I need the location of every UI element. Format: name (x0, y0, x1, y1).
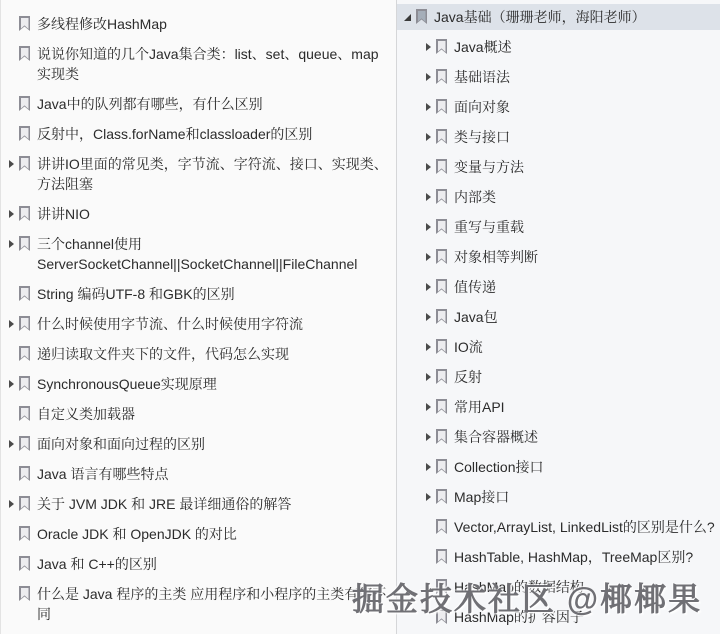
tree-item-label: IO流 (454, 337, 483, 357)
chevron-right-icon[interactable] (5, 154, 19, 174)
chevron-right-icon[interactable] (5, 314, 19, 334)
bookmark-icon (19, 466, 30, 481)
arrow-placeholder (5, 124, 19, 144)
outline-item-label: 递归读取文件夹下的文件，代码怎么实现 (37, 344, 289, 364)
chevron-right-icon[interactable] (5, 374, 19, 394)
outline-item[interactable]: Java 和 C++的区别 (5, 554, 390, 574)
tree-item[interactable]: 反射 (397, 367, 720, 387)
bookmark-icon (19, 16, 30, 31)
arrow-placeholder (5, 94, 19, 114)
bookmark-icon (436, 129, 447, 144)
outline-item[interactable]: 多线程修改HashMap (5, 14, 390, 34)
outline-item-label: 反射中，Class.forName和classloader的区别 (37, 124, 312, 144)
outline-item-label: 三个channel使用 ServerSocketChannel||SocketC… (37, 234, 390, 274)
tree-item-label: Vector,ArrayList, LinkedList的区别是什么? (454, 517, 715, 537)
chevron-right-icon[interactable] (422, 397, 436, 417)
bookmark-icon (19, 406, 30, 421)
bookmark-icon (19, 496, 30, 511)
tree-item-label: 值传递 (454, 277, 496, 297)
chevron-right-icon[interactable] (422, 67, 436, 87)
tree-item[interactable]: 类与接口 (397, 127, 720, 147)
tree-item[interactable]: Java包 (397, 307, 720, 327)
bookmark-icon (436, 429, 447, 444)
tree-item[interactable]: 变量与方法 (397, 157, 720, 177)
bookmarks-panel-left: 多线程修改HashMap 说说你知道的几个Java集合类：list、set、qu… (0, 0, 396, 634)
outline-item[interactable]: 面向对象和面向过程的区别 (5, 434, 390, 454)
bookmark-icon (19, 316, 30, 331)
bookmark-icon (436, 189, 447, 204)
chevron-expanded-icon[interactable] (402, 7, 416, 27)
chevron-right-icon[interactable] (422, 487, 436, 507)
bookmark-icon (19, 286, 30, 301)
arrow-placeholder (5, 554, 19, 574)
outline-item-label: 讲讲IO里面的常见类，字节流、字符流、接口、实现类、方法阻塞 (37, 154, 390, 194)
tree-item[interactable]: 对象相等判断 (397, 247, 720, 267)
bookmark-icon (436, 579, 447, 594)
bookmark-icon (436, 159, 447, 174)
outline-item-label: Java中的队列都有哪些，有什么区别 (37, 94, 263, 114)
bookmark-icon (436, 249, 447, 264)
chevron-right-icon[interactable] (422, 217, 436, 237)
chevron-right-icon[interactable] (422, 247, 436, 267)
outline-item[interactable]: Java 语言有哪些特点 (5, 464, 390, 484)
bookmark-icon (436, 279, 447, 294)
outline-item-label: 关于 JVM JDK 和 JRE 最详细通俗的解答 (37, 494, 291, 514)
outline-item[interactable]: Oracle JDK 和 OpenJDK 的对比 (5, 524, 390, 544)
arrow-placeholder (5, 44, 19, 64)
tree-item-label: 内部类 (454, 187, 496, 207)
bookmark-icon (19, 126, 30, 141)
outline-item[interactable]: 递归读取文件夹下的文件，代码怎么实现 (5, 344, 390, 364)
tree-item-label: 集合容器概述 (454, 427, 538, 447)
outline-item[interactable]: 什么是 Java 程序的主类 应用程序和小程序的主类有何不同 (5, 584, 390, 624)
tree-item[interactable]: 常用API (397, 397, 720, 417)
arrow-placeholder (5, 464, 19, 484)
tree-item-label: Java包 (454, 307, 498, 327)
tree-item-label: 反射 (454, 367, 482, 387)
chevron-right-icon[interactable] (422, 97, 436, 117)
tree-item[interactable]: Java概述 (397, 37, 720, 57)
bookmark-icon (19, 436, 30, 451)
tree-item[interactable]: 重写与重载 (397, 217, 720, 237)
arrow-placeholder (5, 14, 19, 34)
chevron-right-icon[interactable] (422, 427, 436, 447)
outline-item[interactable]: Java中的队列都有哪些，有什么区别 (5, 94, 390, 114)
arrow-placeholder (5, 584, 19, 604)
tree-item[interactable]: Map接口 (397, 487, 720, 507)
bookmark-icon (436, 309, 447, 324)
bookmark-icon (436, 459, 447, 474)
tree-item-label: 重写与重载 (454, 217, 524, 237)
tree-root-item[interactable]: Java基础（珊珊老师，海阳老师） (397, 4, 720, 30)
bookmark-icon (436, 39, 447, 54)
chevron-right-icon[interactable] (5, 234, 19, 254)
tree-item-label: 对象相等判断 (454, 247, 538, 267)
tree-item[interactable]: 基础语法 (397, 67, 720, 87)
chevron-right-icon[interactable] (422, 337, 436, 357)
tree-item[interactable]: 集合容器概述 (397, 427, 720, 447)
tree-item-label: HashTable, HashMap，TreeMap区别? (454, 547, 693, 567)
tree-item[interactable]: Collection接口 (397, 457, 720, 477)
outline-item[interactable]: 讲讲NIO (5, 204, 390, 224)
tree-item-label: Java概述 (454, 37, 512, 57)
tree-item-label: 基础语法 (454, 67, 510, 87)
tree-root-label: Java基础（珊珊老师，海阳老师） (434, 7, 646, 27)
chevron-right-icon[interactable] (422, 457, 436, 477)
outline-item-label: SynchronousQueue实现原理 (37, 374, 217, 394)
bookmark-icon (436, 219, 447, 234)
outline-item[interactable]: 讲讲IO里面的常见类，字节流、字符流、接口、实现类、方法阻塞 (5, 154, 390, 194)
tree-item-label: HashMap的数据结构 (454, 577, 584, 597)
outline-item[interactable]: 反射中，Class.forName和classloader的区别 (5, 124, 390, 144)
bookmark-icon (19, 556, 30, 571)
outline-item-label: 什么时候使用字节流、什么时候使用字符流 (37, 314, 303, 334)
outline-item-label: Oracle JDK 和 OpenJDK 的对比 (37, 524, 237, 544)
tree-item-label: Collection接口 (454, 457, 543, 477)
tree-item[interactable]: 面向对象 (397, 97, 720, 117)
chevron-right-icon[interactable] (422, 277, 436, 297)
outline-item-label: 多线程修改HashMap (37, 14, 167, 34)
outline-item-label: 什么是 Java 程序的主类 应用程序和小程序的主类有何不同 (37, 584, 390, 624)
chevron-right-icon[interactable] (422, 127, 436, 147)
bookmark-icon (19, 46, 30, 61)
tree-item[interactable]: IO流 (397, 337, 720, 357)
bookmark-icon (19, 236, 30, 251)
bookmark-icon (436, 339, 447, 354)
outline-item[interactable]: String 编码UTF-8 和GBK的区别 (5, 284, 390, 304)
bookmark-icon (436, 609, 447, 624)
outline-item-label: 讲讲NIO (37, 204, 90, 224)
bookmark-icon (436, 99, 447, 114)
chevron-right-icon[interactable] (422, 157, 436, 177)
tree-item-label: 类与接口 (454, 127, 510, 147)
tree-item[interactable]: 值传递 (397, 277, 720, 297)
outline-item[interactable]: 什么时候使用字节流、什么时候使用字符流 (5, 314, 390, 334)
chevron-right-icon[interactable] (5, 204, 19, 224)
outline-item[interactable]: SynchronousQueue实现原理 (5, 374, 390, 394)
chevron-right-icon[interactable] (422, 37, 436, 57)
bookmarks-panel-right: Java基础（珊珊老师，海阳老师） Java概述 基础语法 面向对象 类与接口 … (396, 0, 720, 634)
bookmark-icon (19, 586, 30, 601)
outline-item[interactable]: 说说你知道的几个Java集合类：list、set、queue、map 实现类 (5, 44, 390, 84)
outline-item-label: 说说你知道的几个Java集合类：list、set、queue、map 实现类 (37, 44, 390, 84)
bookmark-icon (19, 376, 30, 391)
bookmark-icon (436, 69, 447, 84)
chevron-right-icon[interactable] (422, 367, 436, 387)
outline-item[interactable]: 三个channel使用 ServerSocketChannel||SocketC… (5, 234, 390, 274)
chevron-right-icon[interactable] (422, 307, 436, 327)
tree-item[interactable]: HashTable, HashMap，TreeMap区别? (397, 547, 720, 567)
chevron-right-icon[interactable] (5, 494, 19, 514)
outline-item-label: Java 语言有哪些特点 (37, 464, 168, 484)
tree-item[interactable]: HashMap的数据结构 (397, 577, 720, 597)
outline-item-label: 自定义类加载器 (37, 404, 135, 424)
tree-item[interactable]: Vector,ArrayList, LinkedList的区别是什么? (397, 517, 720, 537)
bookmark-icon (19, 156, 30, 171)
tree-item-label: 变量与方法 (454, 157, 524, 177)
outline-item-label: 面向对象和面向过程的区别 (37, 434, 205, 454)
outline-item[interactable]: 关于 JVM JDK 和 JRE 最详细通俗的解答 (5, 494, 390, 514)
arrow-placeholder (5, 524, 19, 544)
tree-item-label: 面向对象 (454, 97, 510, 117)
bookmark-icon (19, 206, 30, 221)
outline-item-label: Java 和 C++的区别 (37, 554, 157, 574)
chevron-right-icon[interactable] (422, 187, 436, 207)
bookmark-icon (19, 526, 30, 541)
outline-item-label: String 编码UTF-8 和GBK的区别 (37, 284, 235, 304)
bookmark-icon (416, 9, 427, 24)
arrow-placeholder (5, 284, 19, 304)
tree-item-label: 常用API (454, 397, 505, 417)
chevron-right-icon[interactable] (5, 434, 19, 454)
tree-item[interactable]: 内部类 (397, 187, 720, 207)
bookmark-icon (436, 549, 447, 564)
tree-item-label: HashMap的扩容因子 (454, 607, 584, 627)
bookmark-icon (436, 369, 447, 384)
tree-item[interactable]: HashMap的扩容因子 (397, 607, 720, 627)
tree-item-label: Map接口 (454, 487, 509, 507)
bookmark-icon (19, 346, 30, 361)
bookmark-icon (436, 399, 447, 414)
outline-item[interactable]: 自定义类加载器 (5, 404, 390, 424)
bookmark-icon (436, 489, 447, 504)
arrow-placeholder (5, 404, 19, 424)
bookmark-icon (19, 96, 30, 111)
arrow-placeholder (5, 344, 19, 364)
bookmark-icon (436, 519, 447, 534)
